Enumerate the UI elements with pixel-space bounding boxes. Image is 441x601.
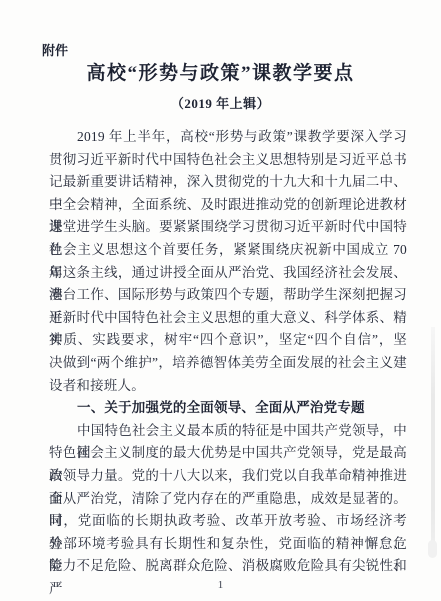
paragraph2-line: 特色社会主义制度的最大优势是中国共产党领导，党是最高政	[49, 442, 407, 465]
scan-artifact-line	[431, 327, 435, 555]
paragraph1-line: 社会主义思想这个首要任务，紧紧围绕庆祝新中国成立 70 周	[49, 239, 407, 262]
paragraph1-line: 2019 年上半年，高校“形势与政策”课教学要深入学习	[49, 126, 407, 149]
paragraph2-line: 治领导力量。党的十八大以来，我们党以自我革命精神推进全	[49, 465, 407, 488]
document-page: 附件 高校“形势与政策”课教学要点 （2019 年上辑） 2019 年上半年，高…	[0, 0, 441, 601]
document-body: 2019 年上半年，高校“形势与政策”课教学要深入学习 贯彻习近平新时代中国特色…	[49, 126, 407, 578]
paragraph1-line: 决做到“两个维护”，培养德智体美劳全面发展的社会主义建	[49, 352, 407, 375]
paragraph1-line: 课堂进学生头脑。要紧紧围绕学习贯彻习近平新时代中国特色	[49, 216, 407, 239]
paragraph1-line: 实质、实践要求，树牢“四个意识”，坚定“四个自信”，坚	[49, 329, 407, 352]
paragraph1-line: 年这条主线，通过讲授全面从严治党、我国经济社会发展、港	[49, 262, 407, 285]
attachment-label: 附件	[42, 40, 68, 59]
paragraph2-line: 时，党面临的长期执政考验、改革开放考验、市场经济考验、	[49, 510, 407, 533]
document-subtitle: （2019 年上辑）	[0, 93, 441, 112]
paragraph2-line: 外部环境考验具有长期性和复杂性，党面临的精神懈怠危险、	[49, 533, 407, 556]
paragraph2-line: 面从严治党，清除了党内存在的严重隐患，成效是显著的。同	[49, 488, 407, 511]
paragraph1-line: 记最新重要讲话精神，深入贯彻党的十九大和十九届二中、三	[49, 171, 407, 194]
paragraph1-line: 设者和接班人。	[49, 375, 407, 398]
document-title: 高校“形势与政策”课教学要点	[0, 58, 441, 85]
section1-heading: 一、关于加强党的全面领导、全面从严治党专题	[49, 397, 407, 420]
paragraph1-line: 平新时代中国特色社会主义思想的重大意义、科学体系、精神	[49, 307, 407, 330]
paragraph2-line: 能力不足危险、脱离群众危险、消极腐败危险具有尖锐性和严	[49, 555, 407, 578]
paragraph1-line: 贯彻习近平新时代中国特色社会主义思想特别是习近平总书	[49, 149, 407, 172]
paragraph1-line: 中全会精神，全面系统、及时跟进推动党的创新理论进教材进	[49, 194, 407, 217]
paragraph2-line: 中国特色社会主义最本质的特征是中国共产党领导，中国	[49, 420, 407, 443]
paragraph1-line: 澳台工作、国际形势与政策四个专题，帮助学生深刻把握习近	[49, 284, 407, 307]
page-number: 1	[0, 579, 441, 591]
scan-artifact-blob	[428, 540, 437, 558]
